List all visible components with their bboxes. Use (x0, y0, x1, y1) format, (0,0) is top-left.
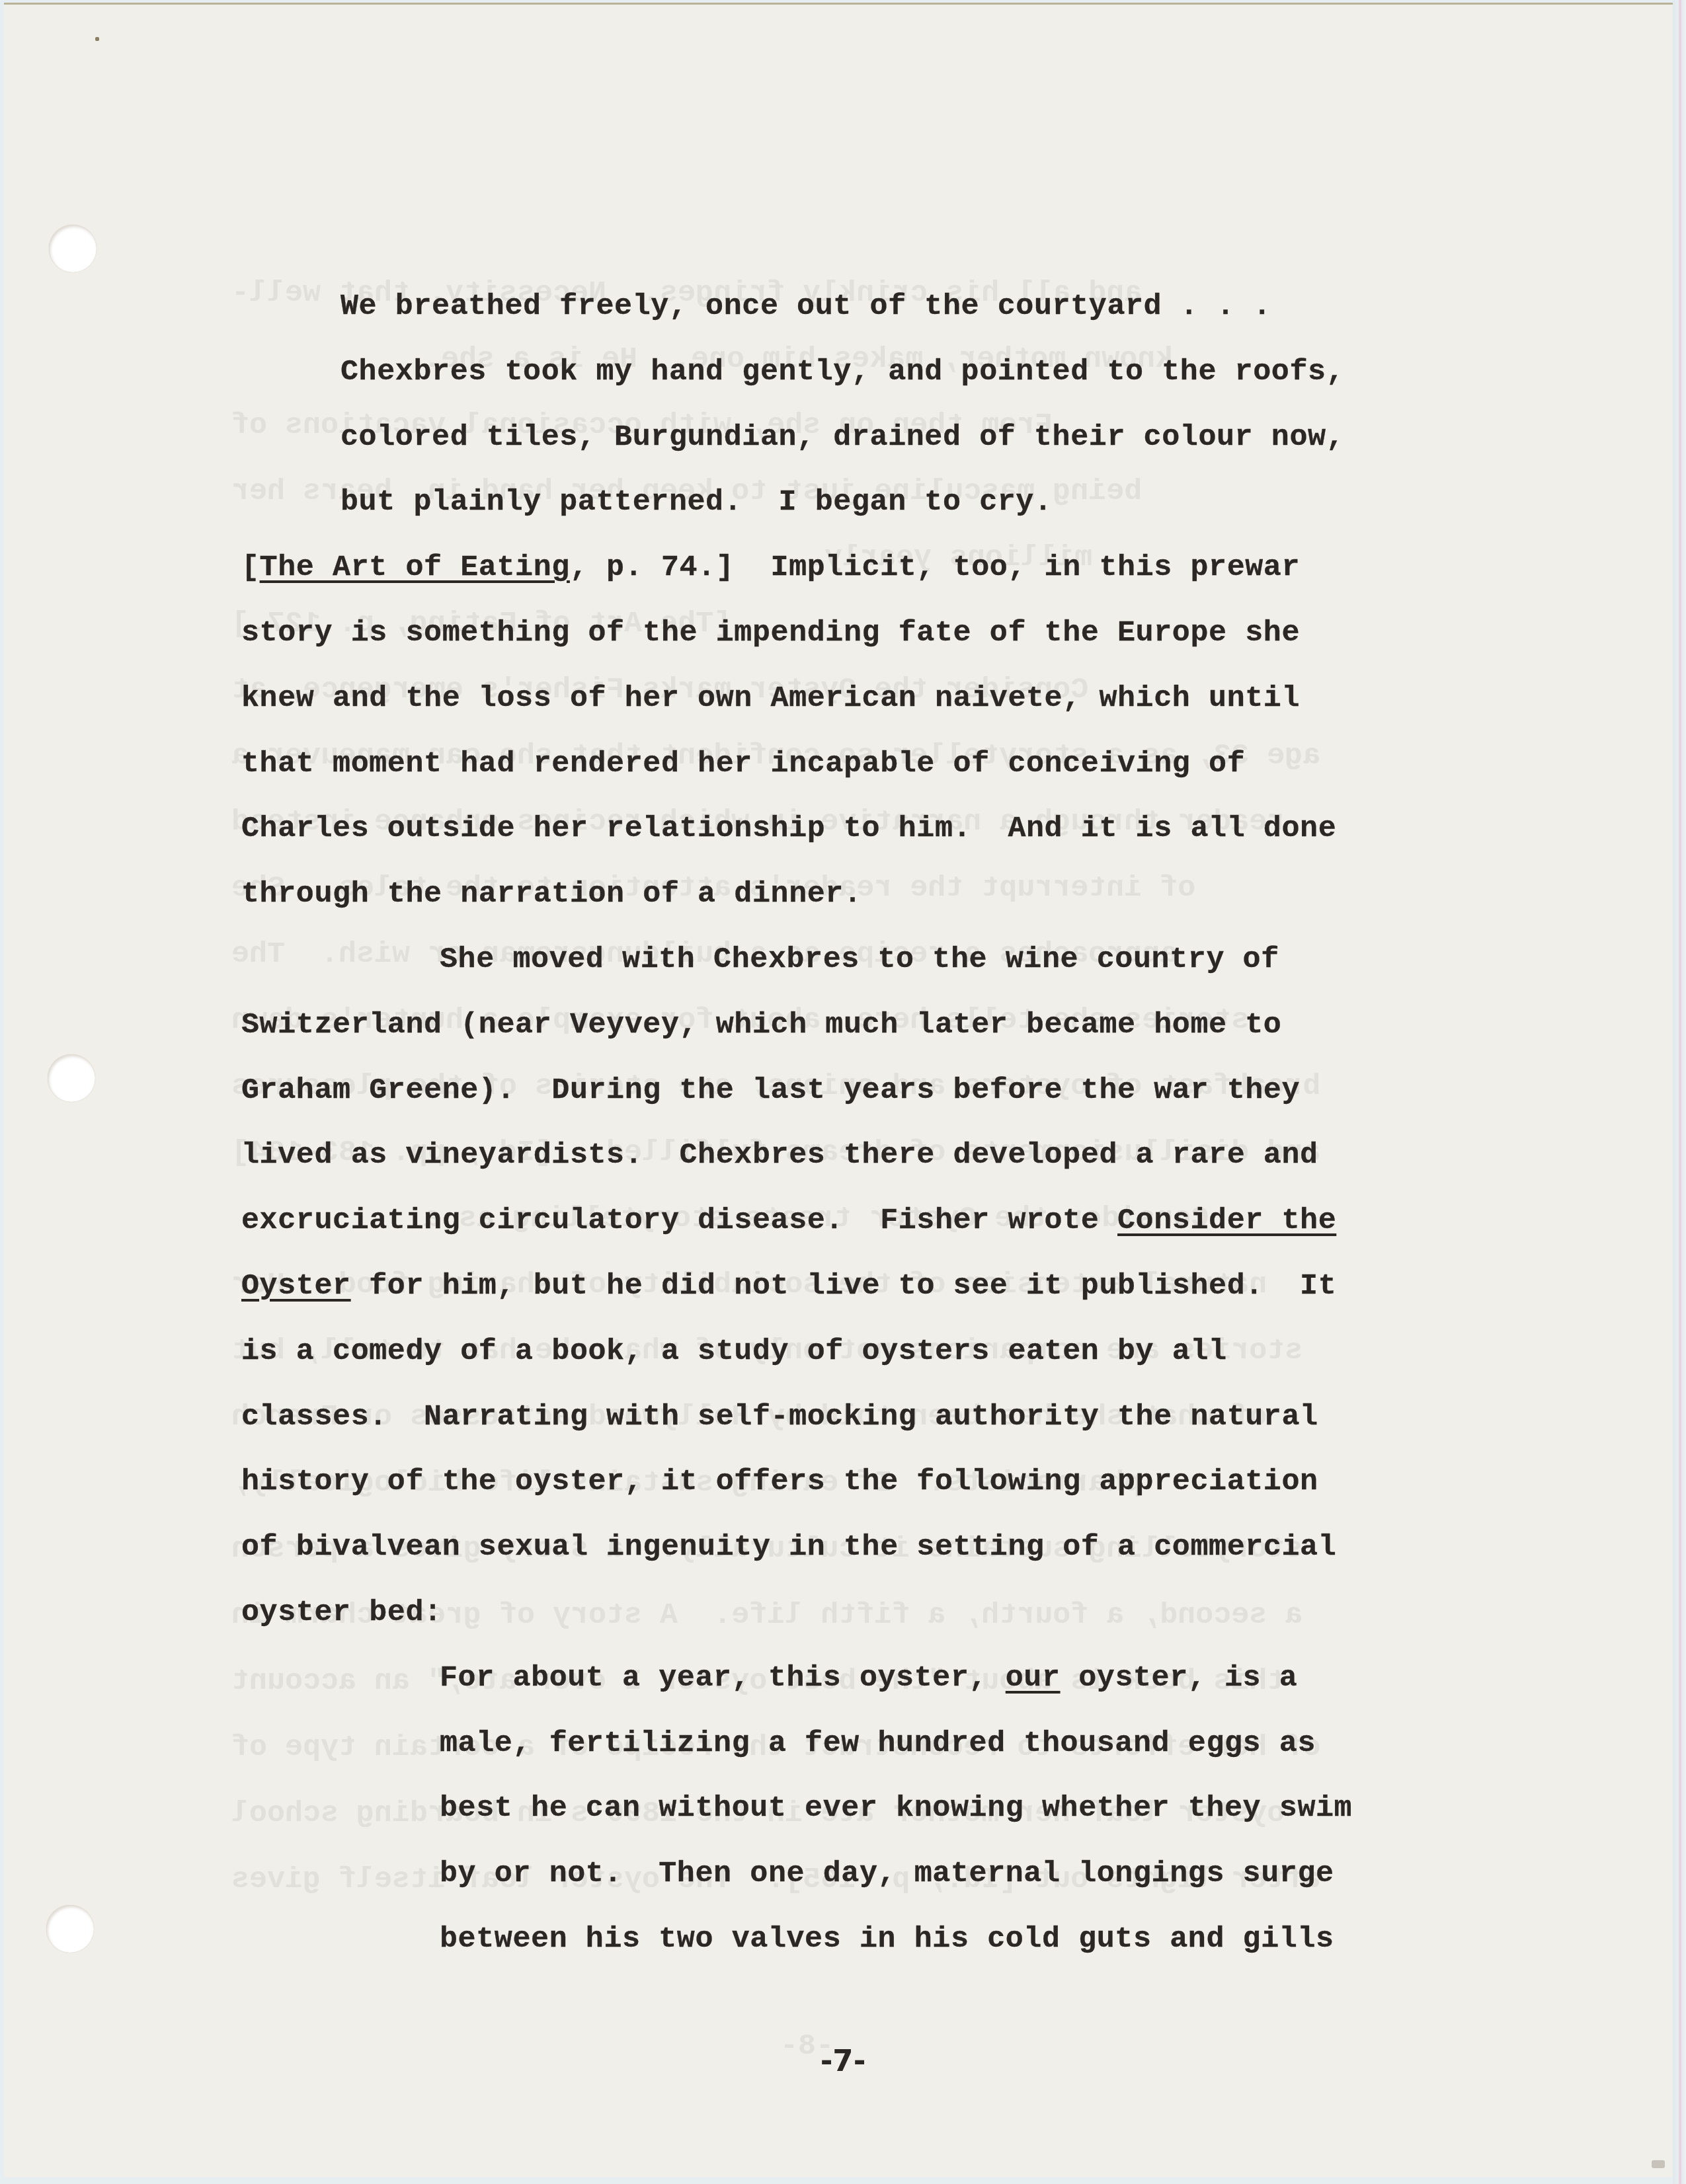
text-line: classes. Narrating with self-mocking aut… (241, 1400, 1318, 1434)
text-segment: that moment had rendered her incapable o… (241, 747, 1245, 781)
text-line: excruciating circulatory disease. Fisher… (241, 1204, 1336, 1238)
text-segment: is a comedy of a book, a study of oyster… (241, 1335, 1227, 1368)
text-segment: through the narration of a dinner. (241, 877, 862, 911)
text-segment: for him, but he did not live to see it p… (351, 1269, 1337, 1303)
text-line: Oyster for him, but he did not live to s… (241, 1269, 1336, 1304)
text-segment: [ (241, 551, 260, 584)
text-line: colored tiles, Burgundian, drained of th… (341, 420, 1344, 455)
text-segment: colored tiles, Burgundian, drained of th… (341, 420, 1344, 454)
text-line: male, fertilizing a few hundred thousand… (440, 1727, 1316, 1761)
text-segment: of bivalvean sexual ingenuity in the set… (241, 1530, 1336, 1564)
underlined-title: Oyster (241, 1269, 351, 1303)
text-segment: by or not. Then one day, maternal longin… (440, 1857, 1334, 1891)
text-segment: classes. Narrating with self-mocking aut… (241, 1400, 1318, 1434)
page-edge (1673, 0, 1686, 2184)
text-line: best he can without ever knowing whether… (440, 1791, 1352, 1826)
text-line: history of the oyster, it offers the fol… (241, 1465, 1318, 1499)
text-segment: We breathed freely, once out of the cour… (341, 290, 1271, 323)
text-line: lived as vineyardists. Chexbres there de… (241, 1138, 1318, 1173)
text-segment: story is something of the impending fate… (241, 616, 1300, 650)
text-line: For about a year, this oyster, our oyste… (440, 1661, 1297, 1696)
text-line: Graham Greene). During the last years be… (241, 1073, 1300, 1108)
text-segment: knew and the loss of her own American na… (241, 682, 1300, 715)
text-segment: For about a year, this oyster, (440, 1661, 1006, 1695)
text-segment: male, fertilizing a few hundred thousand… (440, 1727, 1316, 1760)
text-segment: between his two valves in his cold guts … (440, 1922, 1334, 1956)
text-segment: best he can without ever knowing whether… (440, 1791, 1352, 1825)
text-line: knew and the loss of her own American na… (241, 682, 1300, 716)
text-segment: oyster bed: (241, 1596, 442, 1629)
text-line: that moment had rendered her incapable o… (241, 747, 1245, 781)
text-line: We breathed freely, once out of the cour… (341, 290, 1271, 324)
text-line: oyster bed: (241, 1596, 442, 1630)
underlined-title: The Art of Eating (260, 551, 570, 584)
text-segment: excruciating circulatory disease. Fisher… (241, 1204, 1117, 1237)
text-segment: She moved with Chexbres to the wine coun… (440, 943, 1279, 976)
text-segment: Chexbres took my hand gently, and pointe… (341, 355, 1344, 389)
punch-hole-top (49, 225, 97, 272)
text-line: Charles outside her relationship to him.… (241, 812, 1336, 846)
text-segment: Charles outside her relationship to him.… (241, 812, 1336, 845)
text-line: [The Art of Eating, p. 74.] Implicit, to… (241, 551, 1300, 585)
text-line: She moved with Chexbres to the wine coun… (440, 943, 1279, 977)
text-segment: history of the oyster, it offers the fol… (241, 1465, 1318, 1499)
text-line: Chexbres took my hand gently, and pointe… (341, 355, 1344, 389)
text-segment: but plainly patterned. I began to cry. (341, 485, 1053, 519)
paper-speck (95, 37, 99, 41)
underlined-title: Consider the (1117, 1204, 1336, 1237)
punch-hole-bottom (46, 1905, 94, 1953)
page-number: -7- (0, 2044, 1686, 2078)
text-segment: Switzerland (near Veyvey, which much lat… (241, 1008, 1281, 1042)
text-segment: lived as vineyardists. Chexbres there de… (241, 1138, 1318, 1172)
text-line: but plainly patterned. I began to cry. (341, 485, 1053, 520)
text-line: through the narration of a dinner. (241, 877, 862, 912)
underlined-title: our (1006, 1661, 1061, 1695)
text-line: story is something of the impending fate… (241, 616, 1300, 650)
punch-hole-middle (48, 1054, 95, 1102)
paper-mark (1652, 2160, 1665, 2168)
text-line: of bivalvean sexual ingenuity in the set… (241, 1530, 1336, 1565)
text-segment: oyster, is a (1061, 1661, 1298, 1695)
text-segment: , p. 74.] Implicit, too, in this prewar (570, 551, 1300, 584)
text-line: by or not. Then one day, maternal longin… (440, 1857, 1334, 1891)
text-line: between his two valves in his cold guts … (440, 1922, 1334, 1957)
text-segment: Graham Greene). During the last years be… (241, 1073, 1300, 1107)
text-line: is a comedy of a book, a study of oyster… (241, 1335, 1227, 1369)
text-line: Switzerland (near Veyvey, which much lat… (241, 1008, 1281, 1042)
